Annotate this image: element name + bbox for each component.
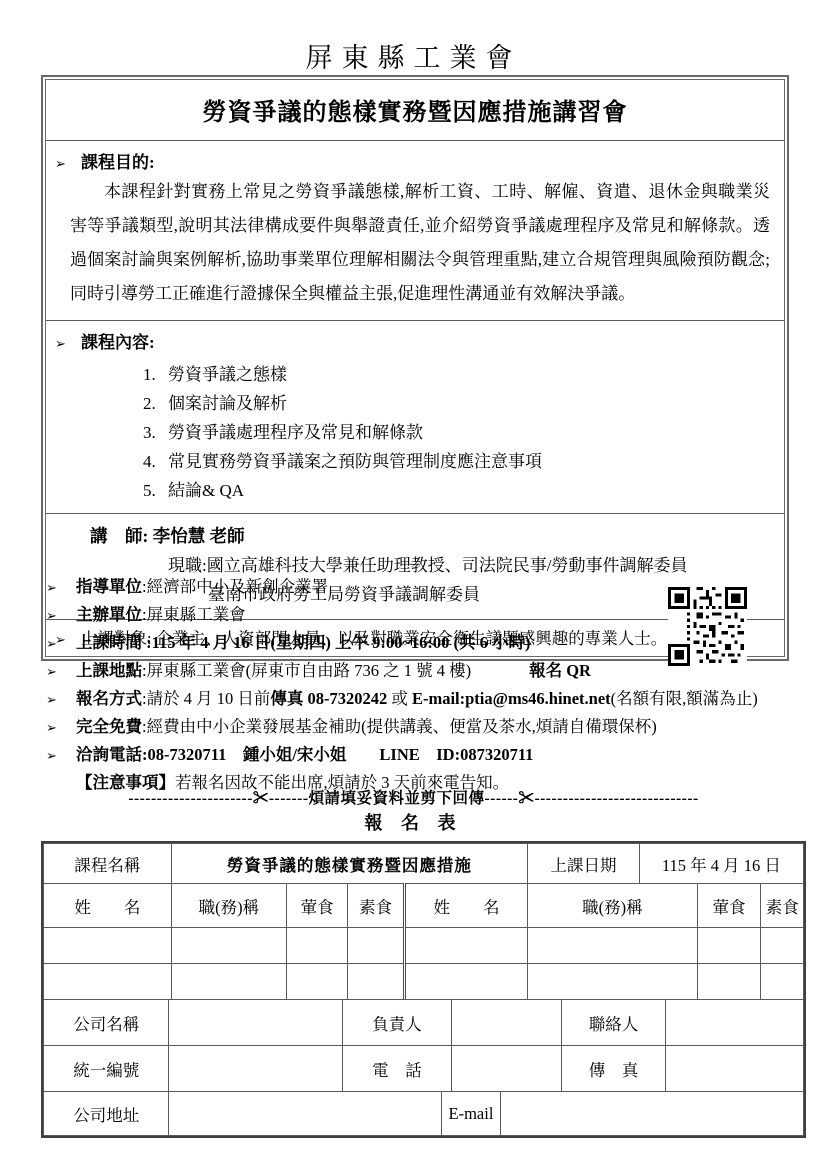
fill-cell-job-title [528, 928, 697, 964]
registration-form-table: 課程名稱 勞資爭議的態樣實務暨因應措施 上課日期 115 年 4 月 16 日 … [41, 841, 806, 1138]
course-content-heading: ➢課程內容: [46, 321, 784, 353]
owner-label: 負責人 [342, 1000, 451, 1046]
col-header-name: 姓 名 [44, 884, 172, 928]
registration-table-address: 公司地址 E-mail [43, 1091, 804, 1136]
registration-qr-code [668, 587, 747, 666]
bullet-arrow-icon: ➢ [55, 156, 81, 172]
fill-cell-name [404, 964, 527, 1000]
seminar-title-row: 勞資爭議的態樣實務暨因應措施講習會 [46, 80, 784, 140]
fill-cell-name [44, 928, 172, 964]
page-number-dash: – [0, 556, 827, 573]
fill-cell-meat [697, 928, 761, 964]
table-row-course: 課程名稱 勞資爭議的態樣實務暨因應措施 上課日期 115 年 4 月 16 日 [44, 844, 804, 884]
info-line-contact-phone: ➢洽詢電話:08-7320711 鍾小姐/宋小姐 LINE ID:0873207… [46, 741, 791, 769]
fill-cell-veg [761, 964, 804, 1000]
course-content-item: 常見實務勞資爭議案之預防與管理制度應注意事項 [160, 447, 784, 476]
company-address-label: 公司地址 [44, 1092, 169, 1136]
fill-cell-name [404, 928, 527, 964]
page-title: 屏東縣工業會 [0, 36, 827, 75]
course-content-section: ➢課程內容: 勞資爭議之態樣 個案討論及解析 勞資爭議處理程序及常見和解條款 常… [46, 320, 784, 513]
table-row-attendee-blank [44, 928, 804, 964]
tax-id-label: 統一編號 [44, 1046, 169, 1092]
company-name-label: 公司名稱 [44, 1000, 169, 1046]
fill-cell-veg [347, 928, 404, 964]
seminar-title: 勞資爭議的態樣實務暨因應措施講習會 [46, 92, 784, 127]
col-header-job-title: 職(務)稱 [171, 884, 287, 928]
fill-cell-job-title [171, 964, 287, 1000]
bullet-arrow-icon: ➢ [46, 630, 76, 657]
course-content-list: 勞資爭議之態樣 個案討論及解析 勞資爭議處理程序及常見和解條款 常見實務勞資爭議… [130, 360, 784, 505]
instructor-name: 講 師: 李怡慧 老師 [90, 522, 784, 551]
fill-cell-meat [287, 928, 348, 964]
table-row-tax-id: 統一編號 電 話 傳 真 [44, 1046, 804, 1092]
course-purpose-label: 課程目的: [81, 153, 155, 172]
fill-cell-meat [287, 964, 348, 1000]
course-name-value: 勞資爭議的態樣實務暨因應措施 [171, 844, 527, 884]
course-content-item: 勞資爭議處理程序及常見和解條款 [160, 418, 784, 447]
fill-cell-job-title [528, 964, 697, 1000]
course-name-label: 課程名稱 [44, 844, 172, 884]
col-header-meat: 葷食 [697, 884, 761, 928]
col-header-meat: 葷食 [287, 884, 348, 928]
fill-cell-email [500, 1092, 803, 1136]
table-row-address: 公司地址 E-mail [44, 1092, 804, 1136]
col-header-name: 姓 名 [404, 884, 527, 928]
bullet-arrow-icon: ➢ [46, 602, 76, 629]
phone-label: 電 話 [342, 1046, 451, 1092]
col-header-job-title: 職(務)稱 [528, 884, 697, 928]
fill-cell-address [169, 1092, 442, 1136]
class-date-label: 上課日期 [528, 844, 640, 884]
fill-cell-veg [347, 964, 404, 1000]
table-row-person-header: 姓 名 職(務)稱 葷食 素食 姓 名 職(務)稱 葷食 素食 [44, 884, 804, 928]
course-content-label: 課程內容: [81, 333, 155, 352]
info-line-free-of-charge: ➢完全免費:經費由中小企業發展基金補助(提供講義、便當及茶水,煩請自備環保杯) [46, 713, 791, 741]
fill-cell-fax [666, 1046, 804, 1092]
col-header-veg: 素食 [761, 884, 804, 928]
registration-form-title: 報 名 表 [0, 809, 827, 835]
fill-cell-phone [452, 1046, 561, 1092]
bullet-arrow-icon: ➢ [46, 686, 76, 713]
contact-label: 聯絡人 [561, 1000, 666, 1046]
registration-table-top: 課程名稱 勞資爭議的態樣實務暨因應措施 上課日期 115 年 4 月 16 日 … [43, 843, 804, 1000]
fax-label: 傳 真 [561, 1046, 666, 1092]
table-row-company-name: 公司名稱 負責人 聯絡人 [44, 1000, 804, 1046]
fill-cell-job-title [171, 928, 287, 964]
class-date-value: 115 年 4 月 16 日 [639, 844, 803, 884]
course-purpose-heading: ➢課程目的: [46, 141, 784, 173]
fill-cell-company-name [169, 1000, 342, 1046]
fill-cell-meat [697, 964, 761, 1000]
fill-cell-veg [761, 928, 804, 964]
bullet-arrow-icon: ➢ [46, 714, 76, 741]
col-header-veg: 素食 [347, 884, 404, 928]
fill-cell-tax-id [169, 1046, 342, 1092]
fill-cell-owner [452, 1000, 561, 1046]
course-purpose-paragraph: 本課程針對實務上常見之勞資爭議態樣,解析工資、工時、解僱、資遣、退休金與職業災害… [46, 175, 784, 311]
email-label: E-mail [442, 1092, 501, 1136]
bullet-arrow-icon: ➢ [55, 336, 81, 352]
info-line-registration-method: ➢報名方式:請於 4 月 10 日前傳真 08-7320242 或 E-mail… [46, 685, 791, 713]
course-purpose-section: ➢課程目的: 本課程針對實務上常見之勞資爭議態樣,解析工資、工時、解僱、資遣、退… [46, 140, 784, 320]
registration-table-company: 公司名稱 負責人 聯絡人 統一編號 電 話 傳 真 [43, 999, 804, 1092]
bullet-arrow-icon: ➢ [46, 574, 76, 601]
table-row-attendee-blank [44, 964, 804, 1000]
fill-cell-contact [666, 1000, 804, 1046]
fill-cell-name [44, 964, 172, 1000]
cut-here-line: ----------------------✂-------煩請填妥資料並剪下回… [0, 786, 827, 808]
course-content-item: 結論& QA [160, 476, 784, 505]
bullet-arrow-icon: ➢ [46, 742, 76, 769]
course-content-item: 個案討論及解析 [160, 389, 784, 418]
course-content-item: 勞資爭議之態樣 [160, 360, 784, 389]
bullet-arrow-icon: ➢ [46, 658, 76, 685]
flyer-page: 屏東縣工業會 勞資爭議的態樣實務暨因應措施講習會 ➢課程目的: 本課程針對實務上… [0, 0, 827, 1170]
